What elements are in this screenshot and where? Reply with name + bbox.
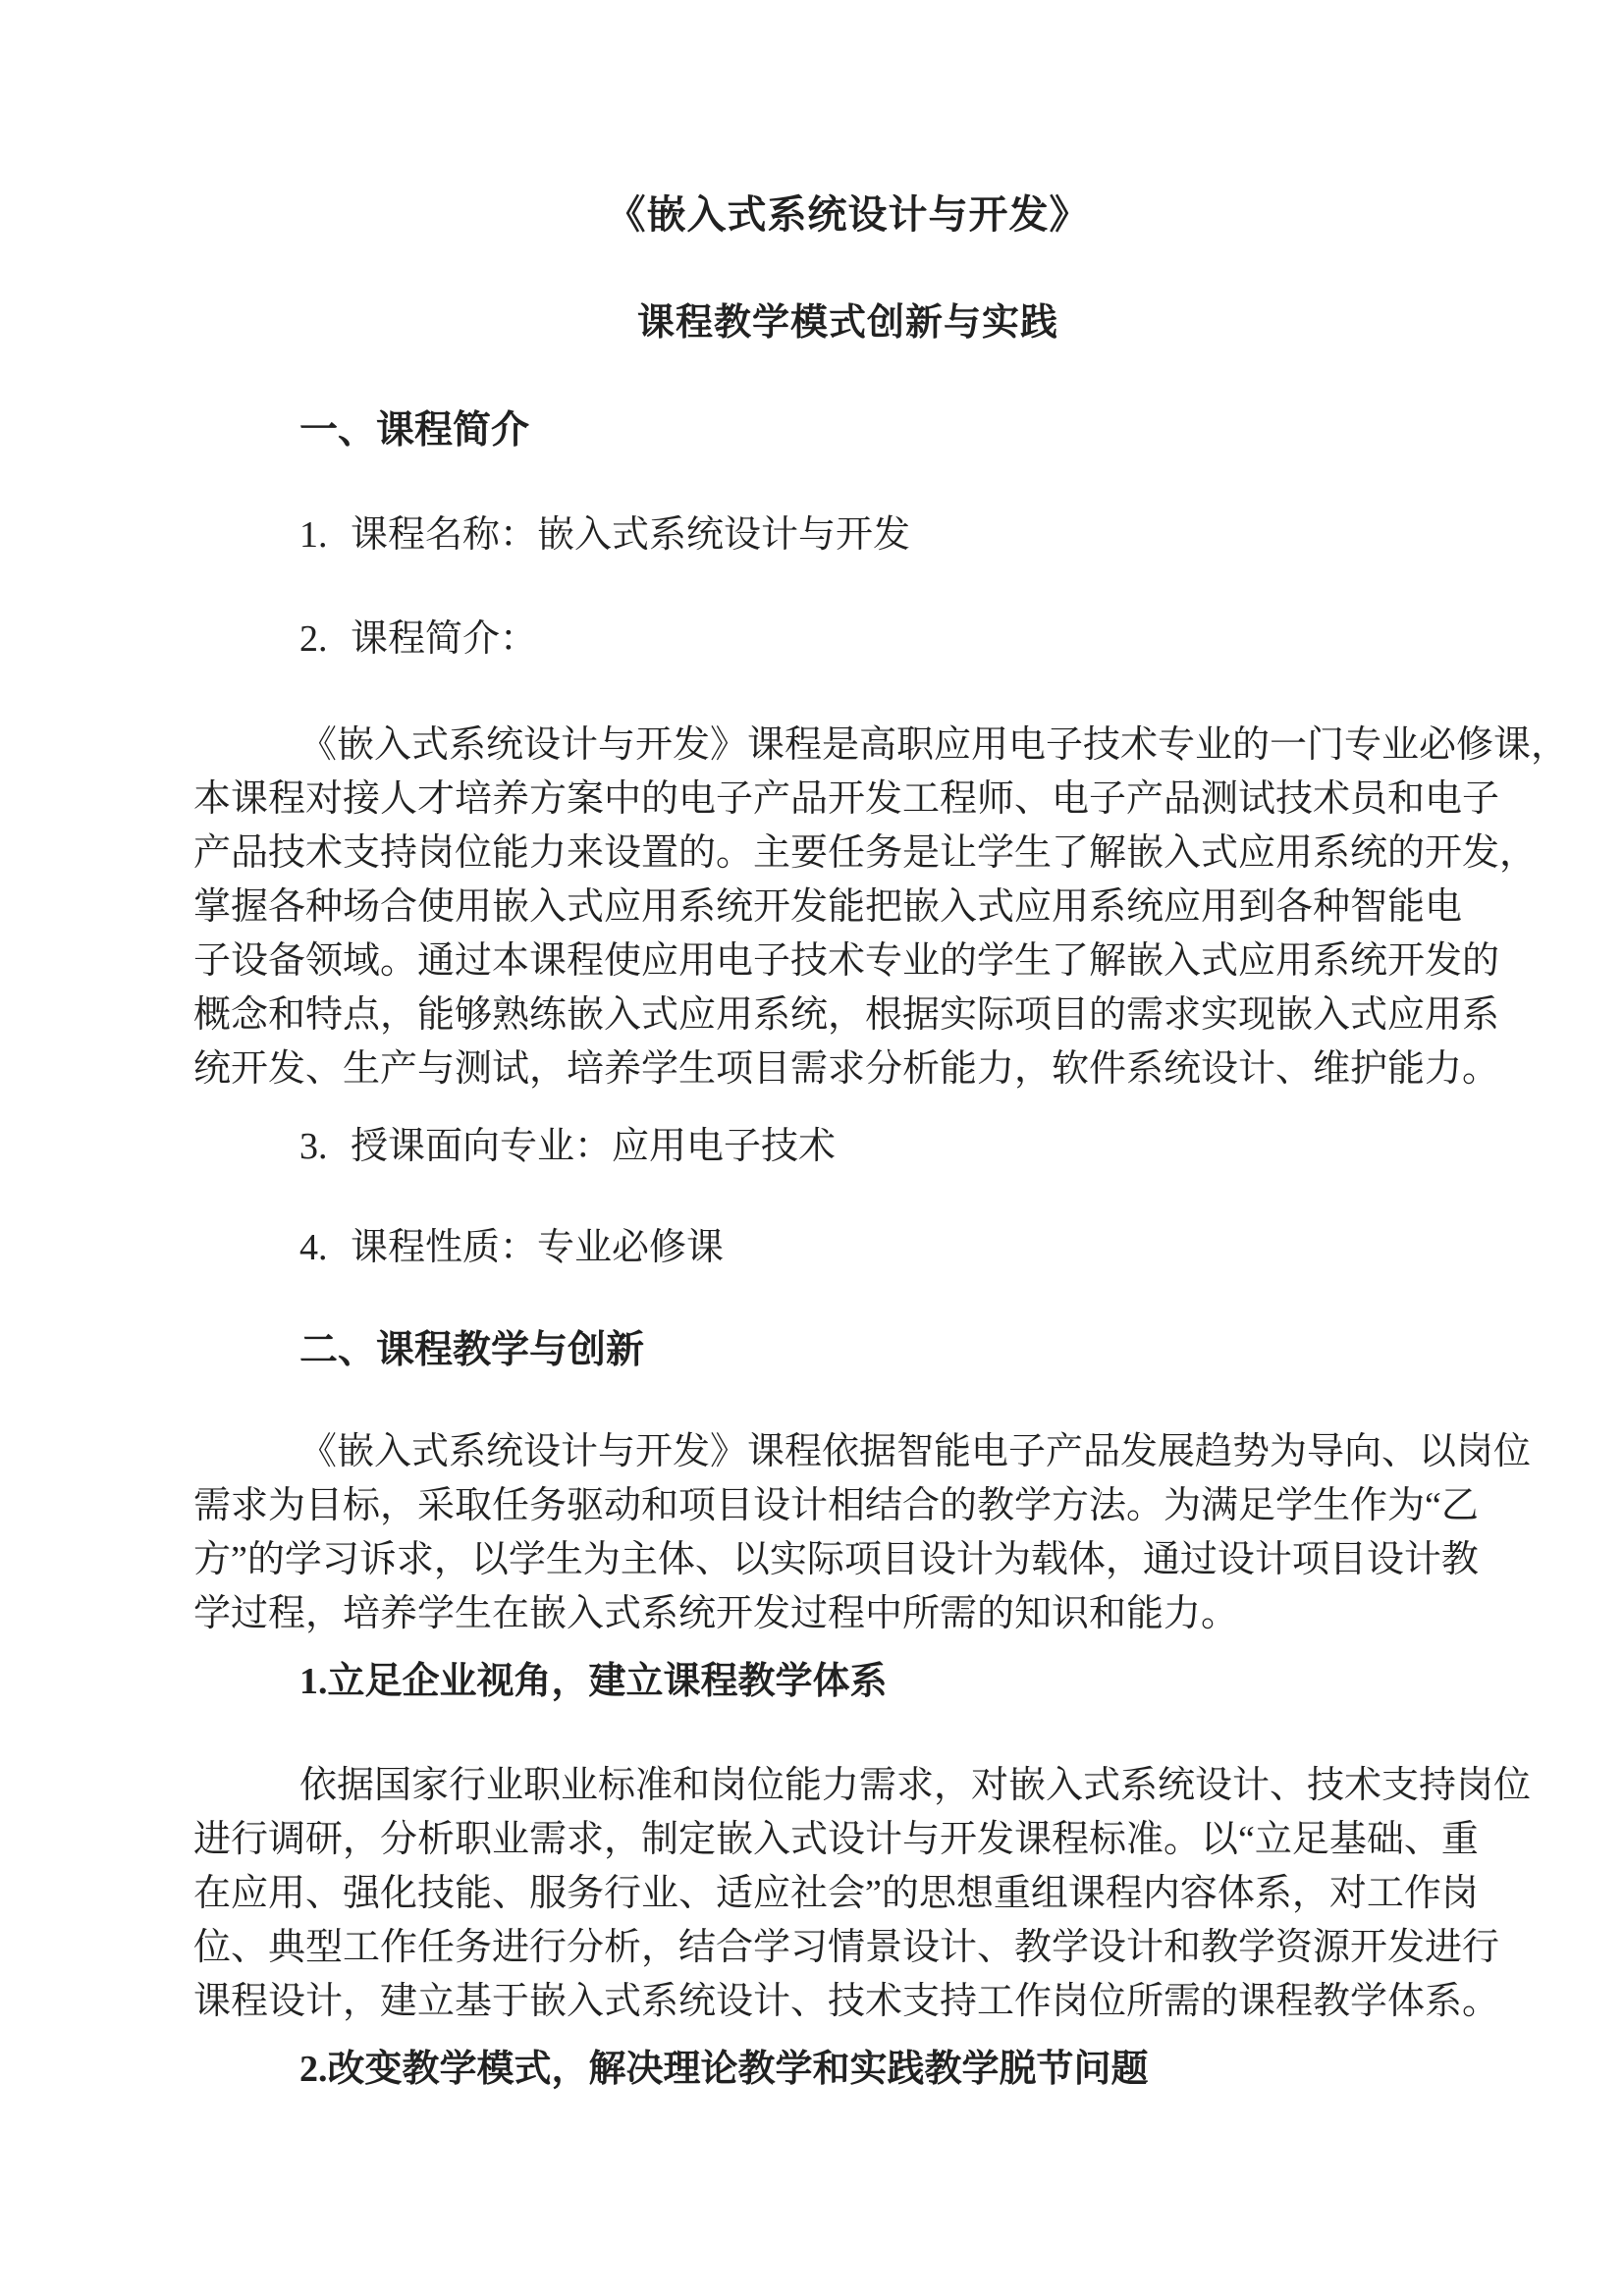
section-heading: 二、课程教学与创新: [299, 1327, 1502, 1374]
paragraph-line: 位、典型工作任务进行分析，结合学习情景设计、教学设计和教学资源开发进行: [193, 1921, 1502, 1975]
paragraph: 《嵌入式系统设计与开发》课程依据智能电子产品发展趋势为导向、以岗位需求为目标，采…: [193, 1425, 1502, 1641]
item-text: 课程名称：嵌入式系统设计与开发: [351, 514, 910, 556]
paragraph-line: 《嵌入式系统设计与开发》课程依据智能电子产品发展趋势为导向、以岗位: [193, 1425, 1502, 1479]
paragraph: 依据国家行业职业标准和岗位能力需求，对嵌入式系统设计、技术支持岗位进行调研，分析…: [193, 1759, 1502, 2029]
document-page: 《嵌入式系统设计与开发》 课程教学模式创新与实践 一、课程简介1.课程名称：嵌入…: [0, 0, 1624, 2296]
numbered-item: 4.课程性质：专业必修课: [299, 1224, 1502, 1271]
document-title: 《嵌入式系统设计与开发》: [193, 191, 1502, 239]
paragraph-line: 《嵌入式系统设计与开发》课程是高职应用电子技术专业的一门专业必修课，: [193, 719, 1502, 773]
item-number: 4.: [299, 1224, 351, 1271]
paragraph-line: 依据国家行业职业标准和岗位能力需求，对嵌入式系统设计、技术支持岗位: [193, 1759, 1502, 1813]
item-number: 2.: [299, 615, 351, 663]
item-number: 3.: [299, 1123, 351, 1170]
paragraph-line: 进行调研，分析职业需求，制定嵌入式设计与开发课程标准。以“立足基础、重: [193, 1813, 1502, 1867]
paragraph-line: 本课程对接人才培养方案中的电子产品开发工程师、电子产品测试技术员和电子: [193, 773, 1502, 827]
item-number: 1.: [299, 511, 351, 559]
page-content: 《嵌入式系统设计与开发》 课程教学模式创新与实践 一、课程简介1.课程名称：嵌入…: [0, 191, 1624, 2093]
sub-heading: 1.立足企业视角，建立课程教学体系: [299, 1658, 1502, 1705]
paragraph-line: 课程设计，建立基于嵌入式系统设计、技术支持工作岗位所需的课程教学体系。: [193, 1975, 1502, 2029]
sub-heading: 2.改变教学模式，解决理论教学和实践教学脱节问题: [299, 2046, 1502, 2093]
paragraph-line: 需求为目标，采取任务驱动和项目设计相结合的教学方法。为满足学生作为“乙: [193, 1479, 1502, 1533]
item-text: 课程性质：专业必修课: [351, 1227, 724, 1268]
item-text: 授课面向专业：应用电子技术: [351, 1126, 836, 1167]
item-text: 课程简介：: [351, 618, 537, 660]
numbered-item: 1.课程名称：嵌入式系统设计与开发: [299, 511, 1502, 559]
numbered-item: 2.课程简介：: [299, 615, 1502, 663]
paragraph-line: 在应用、强化技能、服务行业、适应社会”的思想重组课程内容体系，对工作岗: [193, 1867, 1502, 1921]
paragraph-line: 学过程，培养学生在嵌入式系统开发过程中所需的知识和能力。: [193, 1587, 1502, 1641]
paragraph-line: 掌握各种场合使用嵌入式应用系统开发能把嵌入式应用系统应用到各种智能电: [193, 881, 1502, 934]
paragraph-line: 方”的学习诉求，以学生为主体、以实际项目设计为载体，通过设计项目设计教: [193, 1533, 1502, 1587]
numbered-item: 3.授课面向专业：应用电子技术: [299, 1123, 1502, 1170]
paragraph-line: 概念和特点，能够熟练嵌入式应用系统，根据实际项目的需求实现嵌入式应用系: [193, 988, 1502, 1042]
paragraph-line: 子设备领域。通过本课程使应用电子技术专业的学生了解嵌入式应用系统开发的: [193, 934, 1502, 988]
paragraph-line: 统开发、生产与测试，培养学生项目需求分析能力，软件系统设计、维护能力。: [193, 1042, 1502, 1096]
paragraph: 《嵌入式系统设计与开发》课程是高职应用电子技术专业的一门专业必修课，本课程对接人…: [193, 719, 1502, 1096]
paragraph-line: 产品技术支持岗位能力来设置的。主要任务是让学生了解嵌入式应用系统的开发，: [193, 827, 1502, 881]
section-heading: 一、课程简介: [299, 407, 1502, 454]
document-subtitle: 课程教学模式创新与实践: [193, 299, 1502, 347]
